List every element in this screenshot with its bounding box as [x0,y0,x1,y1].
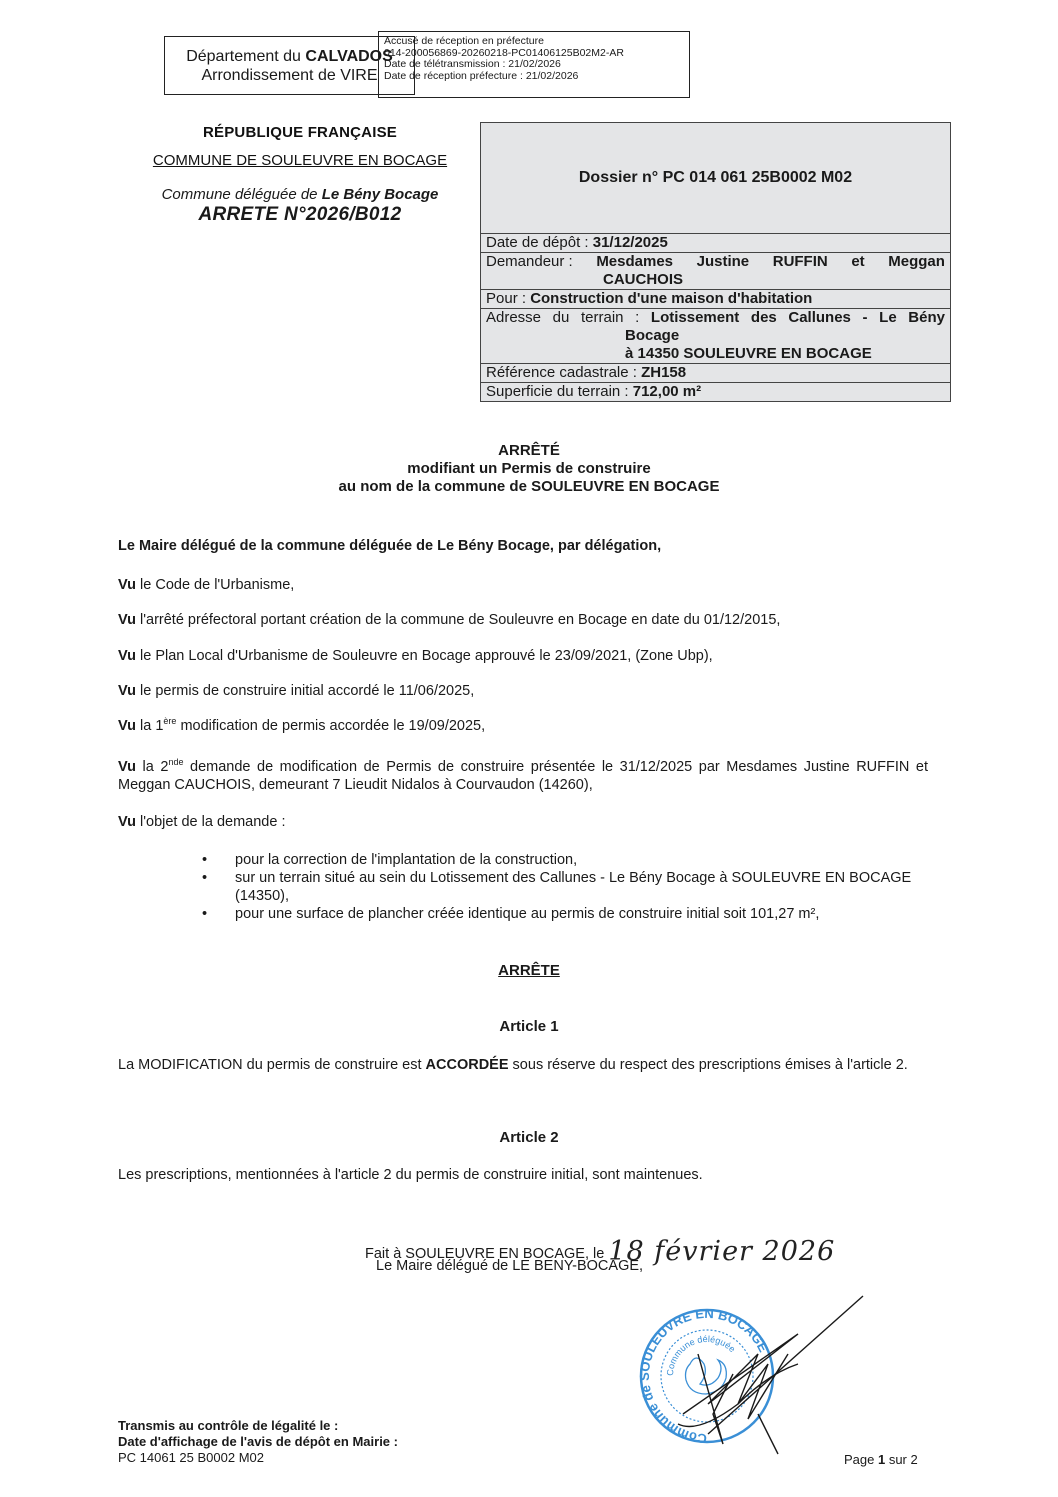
list-item: •sur un terrain situé au sein du Lotisse… [198,869,928,905]
footer-reference: PC 14061 25 B0002 M02 [118,1450,398,1466]
objet-bullet-list: •pour la correction de l'implantation de… [198,851,928,923]
commune-deleguee: Commune déléguée de Le Bény Bocage [120,186,480,203]
article-1-text: La MODIFICATION du permis de construire … [118,1056,928,1074]
list-item: •pour une surface de plancher créée iden… [198,905,928,923]
adresse-row: Adresse du terrain : Lotissement des Cal… [481,309,950,364]
stamp-icon: Commune de SOULEUVRE EN BOCAGE Commune d… [637,1306,773,1446]
title-commune: au nom de la commune de SOULEUVRE EN BOC… [0,478,1058,496]
footer-affichage: Date d'affichage de l'avis de dépôt en M… [118,1434,398,1450]
footer-transmis: Transmis au contrôle de légalité le : [118,1418,398,1434]
signatory-title: Le Maire délégué de LE BENY-BOCAGE, [376,1258,643,1274]
superficie-row: Superficie du terrain : 712,00 m² [481,383,950,401]
article-2-text: Les prescriptions, mentionnées à l'artic… [118,1166,928,1184]
ack-title: Accusé de réception en préfecture [384,36,689,48]
vu-arrete-prefectoral: Vu l'arrêté préfectoral portant création… [118,611,928,629]
maire-statement: Le Maire délégué de la commune déléguée … [118,537,928,555]
vu-permis-initial: Vu le permis de construire initial accor… [118,682,928,700]
vu-objet-demande: Vu l'objet de la demande : [118,813,928,831]
document-title: ARRÊTÉ modifiant un Permis de construire… [0,442,1058,496]
pour-row: Pour : Construction d'une maison d'habit… [481,290,950,309]
demandeur-row: Demandeur : Mesdames Justine RUFFIN et M… [481,253,950,290]
article-1-title: Article 1 [0,1018,1058,1035]
list-item: •pour la correction de l'implantation de… [198,851,928,869]
page-number: Page 1 sur 2 [844,1452,918,1467]
ack-reception-date: Date de réception préfecture : 21/02/202… [384,71,689,83]
date-depot-row: Date de dépôt : 31/12/2025 [481,234,950,253]
prefecture-acknowledgement-box: Accusé de réception en préfecture 014-20… [378,31,690,98]
dossier-number: Dossier n° PC 014 061 25B0002 M02 [481,123,950,234]
arrondissement-line: Arrondissement de VIRE [165,66,414,85]
arrete-number: ARRETE N°2026/B012 [120,204,480,226]
vu-plu: Vu le Plan Local d'Urbanisme de Souleuvr… [118,647,928,665]
issuer-heading: RÉPUBLIQUE FRANÇAISE COMMUNE DE SOULEUVR… [120,120,480,226]
title-arrete: ARRÊTÉ [0,442,1058,460]
article-2-title: Article 2 [0,1129,1058,1146]
commune-title: COMMUNE DE SOULEUVRE EN BOCAGE [120,152,480,169]
title-subject: modifiant un Permis de construire [0,460,1058,478]
reference-cadastrale-row: Référence cadastrale : ZH158 [481,364,950,383]
footer-block: Transmis au contrôle de légalité le : Da… [118,1418,398,1466]
dossier-box: Dossier n° PC 014 061 25B0002 M02 Date d… [480,122,951,402]
vu-1ere-modification: Vu la 1ère modification de permis accord… [118,717,928,735]
official-stamp-and-signature: Commune de SOULEUVRE EN BOCAGE Commune d… [648,1302,786,1440]
vu-2nde-demande: Vu la 2nde demande de modification de Pe… [118,758,928,794]
republic-title: RÉPUBLIQUE FRANÇAISE [120,124,480,141]
decision-heading: ARRÊTE [0,962,1058,979]
ack-transmission-date: Date de télétransmission : 21/02/2026 [384,59,689,71]
vu-code-urbanisme: Vu le Code de l'Urbanisme, [118,576,928,594]
department-line: Département du CALVADOS [165,47,414,66]
